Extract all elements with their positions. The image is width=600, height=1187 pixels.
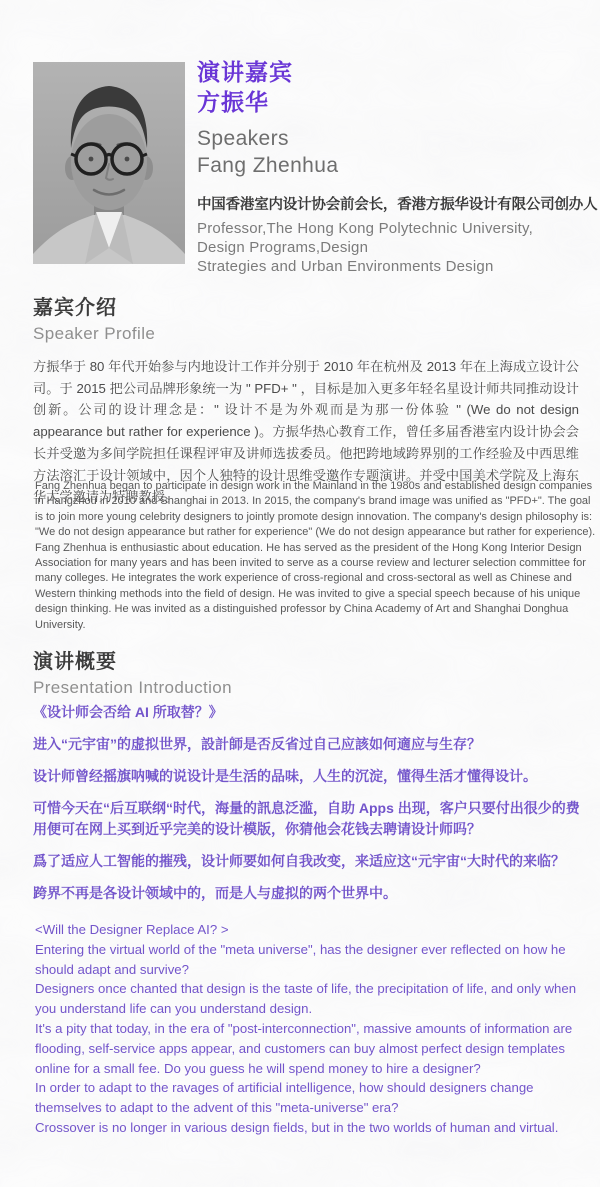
profile-heading-en: Speaker Profile: [33, 323, 155, 344]
profile-heading-zh: 嘉宾介绍: [33, 296, 155, 320]
speaker-poster: 演讲嘉宾 方振华 Speakers Fang Zhenhua 中国香港室内设计协…: [0, 0, 600, 1187]
portrait-photo: [33, 62, 185, 264]
presentation-zh-line: 设计师曾经摇旗呐喊的说设计是生活的品味，人生的沉淀，懂得生活才懂得设计。: [33, 766, 593, 787]
role-en-line-3: Strategies and Urban Environments Design: [197, 257, 533, 276]
role-en-line-2: Design Programs,Design: [197, 238, 533, 257]
speaker-role-zh: 中国香港室内设计协会前会长，香港方振华设计有限公司创办人: [197, 193, 597, 214]
presentation-en-title: <Will the Designer Replace AI? >: [35, 920, 595, 940]
presentation-en-line: Crossover is no longer in various design…: [35, 1118, 595, 1138]
presentation-en-line: Designers once chanted that design is th…: [35, 979, 595, 1019]
speaker-name-en: Fang Zhenhua: [197, 152, 338, 179]
speaker-photo: [33, 62, 185, 264]
profile-section-header: 嘉宾介绍 Speaker Profile: [33, 296, 155, 344]
speaker-name-zh: 方振华: [197, 87, 338, 117]
presentation-section-header: 演讲概要 Presentation Introduction: [33, 650, 232, 698]
presentation-zh-line: 可惜今天在“后互联纲“时代，海量的訊息泛滥，自助 Apps 出现，客户只要付出很…: [33, 798, 593, 840]
presentation-zh-line: 跨界不再是各设计领域中的，而是人与虚拟的两个世界中。: [33, 883, 593, 904]
profile-body-en: Fang Zhenhua began to participate in des…: [35, 479, 600, 633]
presentation-heading-en: Presentation Introduction: [33, 677, 232, 698]
presentation-zh-line: 进入“元宇宙”的虚拟世界，設計師是否反省过自己应該如何適应与生存？: [33, 734, 593, 755]
presentation-zh-title: 《设计师会否给 AI 所取替？》: [33, 702, 593, 723]
presentation-body-zh: 《设计师会否给 AI 所取替？》 进入“元宇宙”的虚拟世界，設計師是否反省过自己…: [33, 702, 593, 915]
speaker-role-en: Professor,The Hong Kong Polytechnic Univ…: [197, 219, 533, 276]
hero-title-block: 演讲嘉宾 方振华 Speakers Fang Zhenhua: [197, 57, 338, 179]
hero-label-zh: 演讲嘉宾: [197, 57, 338, 87]
presentation-body-en: <Will the Designer Replace AI? > Enterin…: [35, 920, 595, 1138]
presentation-en-line: Entering the virtual world of the "meta …: [35, 940, 595, 980]
presentation-zh-line: 爲了适应人工智能的摧残，设计师要如何自我改变，来适应这“元宇宙“大时代的来临？: [33, 851, 593, 872]
role-en-line-1: Professor,The Hong Kong Polytechnic Univ…: [197, 219, 533, 238]
presentation-en-line: In order to adapt to the ravages of arti…: [35, 1078, 595, 1118]
presentation-en-line: It's a pity that today, in the era of "p…: [35, 1019, 595, 1078]
hero-label-en: Speakers: [197, 125, 338, 152]
presentation-heading-zh: 演讲概要: [33, 650, 232, 674]
